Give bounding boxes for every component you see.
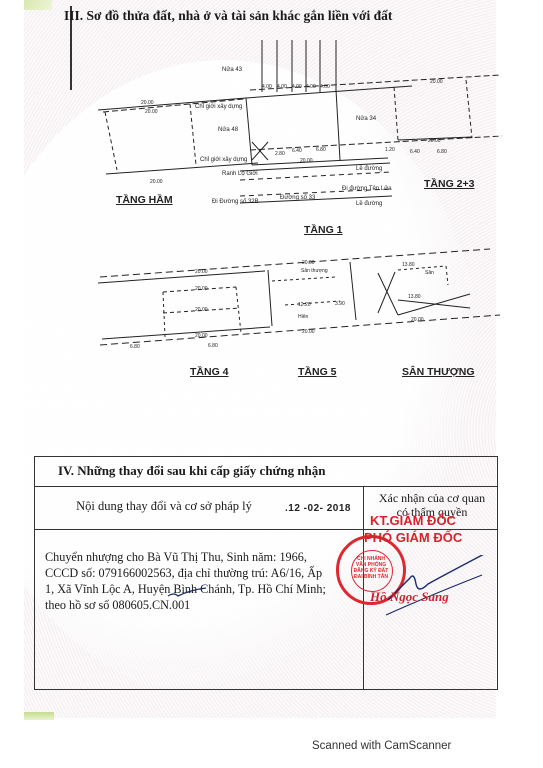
- svg-text:Nửa 43: Nửa 43: [222, 66, 243, 73]
- svg-text:6.80: 6.80: [130, 344, 140, 350]
- svg-text:13.80: 13.80: [408, 294, 421, 300]
- floor-label-5: TẦNG 5: [298, 366, 337, 378]
- svg-text:20.00: 20.00: [302, 260, 315, 266]
- svg-text:4.00: 4.00: [320, 84, 330, 90]
- svg-text:20.00: 20.00: [150, 179, 163, 185]
- svg-text:20.00: 20.00: [300, 158, 313, 164]
- svg-text:20.00: 20.00: [145, 109, 158, 115]
- svg-text:Ranh Lộ Giới: Ranh Lộ Giới: [222, 171, 258, 177]
- svg-text:6.40: 6.40: [410, 149, 420, 155]
- svg-text:20.00: 20.00: [141, 100, 154, 106]
- svg-text:Nửa 48: Nửa 48: [218, 126, 239, 133]
- floor-label-rooftop: SÂN THƯỢNG: [402, 366, 475, 378]
- svg-text:20.00: 20.00: [302, 329, 315, 335]
- stamp-title-line-1: KT.GIÁM ĐỐC: [370, 513, 456, 528]
- svg-text:6.80: 6.80: [437, 149, 447, 155]
- svg-text:Đường số 33: Đường số 33: [280, 195, 316, 201]
- svg-text:12.20: 12.20: [298, 302, 311, 308]
- svg-text:3.90: 3.90: [335, 301, 345, 307]
- date-stamp: .12 -02- 2018: [285, 503, 351, 514]
- section-4-title: IV. Những thay đổi sau khi cấp giấy chứn…: [35, 457, 497, 487]
- svg-text:6.40: 6.40: [292, 148, 302, 154]
- svg-text:2.80: 2.80: [275, 151, 285, 157]
- svg-text:20.00: 20.00: [195, 269, 208, 275]
- floor-label-1: TẦNG 1: [304, 224, 343, 236]
- svg-text:Lề đường: Lề đường: [356, 201, 382, 207]
- svg-text:4.00: 4.00: [306, 84, 316, 90]
- svg-text:Chỉ giới xây dựng: Chỉ giới xây dựng: [200, 156, 247, 163]
- svg-text:Nửa 34: Nửa 34: [356, 115, 377, 122]
- svg-text:6.80: 6.80: [316, 147, 326, 153]
- svg-text:20.00: 20.00: [195, 333, 208, 339]
- svg-text:4.00: 4.00: [292, 84, 302, 90]
- svg-text:13.80: 13.80: [402, 262, 415, 268]
- svg-text:20.00: 20.00: [195, 307, 208, 313]
- page-corner-decoration: [24, 712, 54, 720]
- svg-text:Sân thượng: Sân thượng: [301, 268, 328, 274]
- svg-text:4.00: 4.00: [277, 84, 287, 90]
- floor-label-2-3: TẦNG 2+3: [424, 178, 474, 190]
- floor-plan-diagram: 20.00 20.00 20.00 Chỉ giới xây dựng Chỉ …: [0, 0, 543, 460]
- svg-text:Đi đường Tên Lửa: Đi đường Tên Lửa: [342, 185, 392, 192]
- floor-label-basement: TẦNG HẦM: [116, 194, 173, 206]
- signer-name: Hồ Ngọc Sang: [370, 589, 449, 605]
- stamp-title-line-2: PHÓ GIÁM ĐỐC: [364, 530, 462, 545]
- svg-text:6.80: 6.80: [208, 343, 218, 349]
- authority-header-line-1: Xác nhận của cơ quan: [365, 491, 499, 505]
- scanner-watermark: Scanned with CamScanner: [312, 740, 451, 752]
- floor-label-4: TẦNG 4: [190, 366, 229, 378]
- svg-text:20.00: 20.00: [195, 286, 208, 292]
- svg-text:20.00: 20.00: [428, 138, 441, 144]
- svg-text:Đi Đường số 32B: Đi Đường số 32B: [212, 199, 259, 205]
- svg-text:Sân: Sân: [425, 270, 434, 276]
- svg-text:20.00: 20.00: [411, 317, 424, 323]
- svg-text:Hiên: Hiên: [298, 314, 309, 320]
- svg-text:20.00: 20.00: [430, 79, 443, 85]
- svg-text:Lề đường: Lề đường: [356, 166, 382, 172]
- svg-text:4.00: 4.00: [262, 84, 272, 90]
- svg-text:1.20: 1.20: [385, 147, 395, 153]
- svg-text:Chỉ giới xây dựng: Chỉ giới xây dựng: [195, 103, 242, 110]
